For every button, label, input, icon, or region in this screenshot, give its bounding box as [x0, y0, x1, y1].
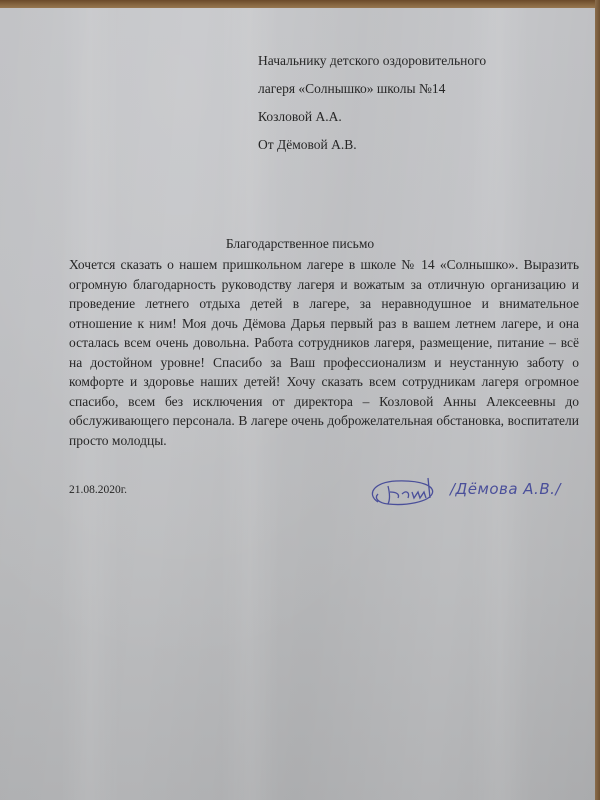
addressee-line-3: Козловой А.А.	[258, 103, 486, 131]
letter-date: 21.08.2020г.	[69, 484, 127, 496]
addressee-line-1: Начальнику детского оздоровительного	[258, 47, 486, 75]
addressee-block: Начальнику детского оздоровительного лаг…	[258, 47, 486, 159]
letter-body: Хочется сказать о нашем пришкольном лаге…	[69, 255, 579, 450]
addressee-line-2: лагеря «Солнышко» школы №14	[258, 75, 486, 103]
letter-title: Благодарственное письмо	[0, 236, 600, 252]
handwritten-name: /Дёмова А.В./	[450, 480, 561, 498]
table-surface-right	[595, 0, 600, 800]
sender-line: От Дёмовой А.В.	[258, 131, 486, 159]
